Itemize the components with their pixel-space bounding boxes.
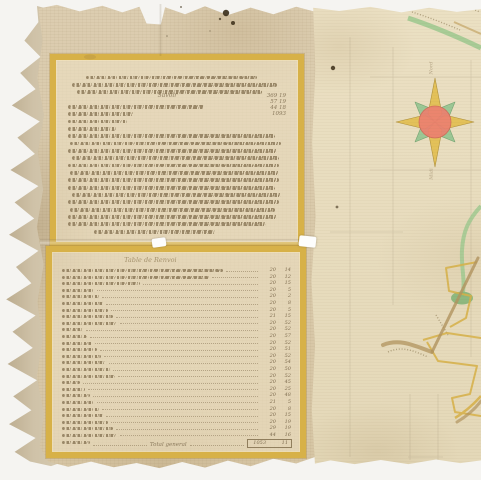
upper-manuscript-panel: Savoir 369 19 57 19 44 18 1093 (50, 54, 304, 248)
manuscript-line (68, 105, 204, 109)
total-toises: 1053 (251, 440, 266, 446)
figure-line: 1093 (267, 111, 286, 117)
leader-line (93, 445, 147, 446)
table-row: 2051 (62, 346, 292, 353)
manuscript-line (68, 134, 275, 138)
table-row: 2057 (62, 332, 292, 339)
compass-south-label: Midi (429, 168, 435, 180)
total-row: Total general 1053 11 (62, 439, 292, 448)
table-row: 2052 (62, 372, 292, 379)
manuscript-lines (68, 76, 288, 234)
repair-patch (298, 235, 316, 248)
renvoi-table-panel: Table de Renvoi 201420122015205202208205… (46, 246, 306, 458)
scan-background: Savoir 369 19 57 19 44 18 1093 Table de … (0, 0, 481, 480)
table-row: 2025 (62, 385, 292, 392)
manuscript-line (72, 193, 281, 197)
table-row: 2019 (62, 418, 292, 425)
manuscript-line (68, 149, 277, 153)
map-annotation-scrawl (388, 8, 480, 357)
table-row: 208 (62, 405, 292, 412)
map-right-page: Nord Midi (308, 5, 481, 465)
table-row: 2052 (62, 319, 292, 326)
manuscript-line (70, 208, 275, 212)
table-row: 2048 (62, 392, 292, 399)
table-row: 2054 (62, 359, 292, 366)
compass-north-label: Nord (428, 62, 434, 75)
table-row: 215 (62, 398, 292, 405)
table-row: 4416 (62, 431, 292, 438)
manuscript-line (70, 142, 281, 146)
total-label: Total general (150, 442, 187, 448)
table-row: 208 (62, 299, 292, 306)
table-row: 2052 (62, 326, 292, 333)
manuscript-line (68, 112, 134, 116)
table-row: 2052 (62, 352, 292, 359)
manuscript-line (68, 215, 277, 219)
manuscript-line (68, 120, 127, 124)
manuscript-line (72, 156, 279, 160)
table-row: 205 (62, 286, 292, 293)
savoir-word: Savoir (158, 92, 177, 99)
table-row: 2052 (62, 339, 292, 346)
manuscript-line (70, 171, 279, 175)
table-row: 2115 (62, 313, 292, 320)
manuscript-line (68, 200, 279, 204)
figures-column: 369 19 57 19 44 18 1093 (267, 93, 286, 117)
ink-blot (331, 66, 339, 209)
table-row: 2015 (62, 280, 292, 287)
road (383, 258, 481, 422)
manuscript-line (68, 164, 279, 168)
table-row: 2050 (62, 365, 292, 372)
table-row: 2045 (62, 379, 292, 386)
path-line (454, 22, 481, 34)
parcel-outline (423, 262, 481, 418)
compass-center (419, 106, 451, 138)
manuscript-line (68, 178, 279, 182)
table-row: 2014 (62, 267, 292, 274)
manuscript-line (68, 222, 266, 226)
table-row: 205 (62, 306, 292, 313)
manuscript-line (94, 230, 215, 234)
manuscript-line (72, 83, 277, 87)
renvoi-table-title: Table de Renvoi (124, 256, 292, 264)
leader-line (190, 445, 244, 446)
total-row-scribble (62, 441, 90, 445)
repair-patch (151, 237, 166, 248)
total-pieds: 11 (273, 440, 288, 446)
table-row: 202 (62, 293, 292, 300)
manuscript-line (68, 186, 275, 190)
map-drawing (308, 5, 481, 465)
table-row: 2015 (62, 412, 292, 419)
table-row: 2919 (62, 425, 292, 432)
table-row: 2012 (62, 273, 292, 280)
manuscript-line (68, 127, 116, 131)
manuscript-line (86, 76, 258, 80)
renvoi-rows: 2014201220152052022082052115205220522057… (62, 267, 292, 438)
total-values: 1053 11 (247, 439, 292, 448)
river (408, 18, 481, 296)
compass-rose (396, 78, 474, 167)
